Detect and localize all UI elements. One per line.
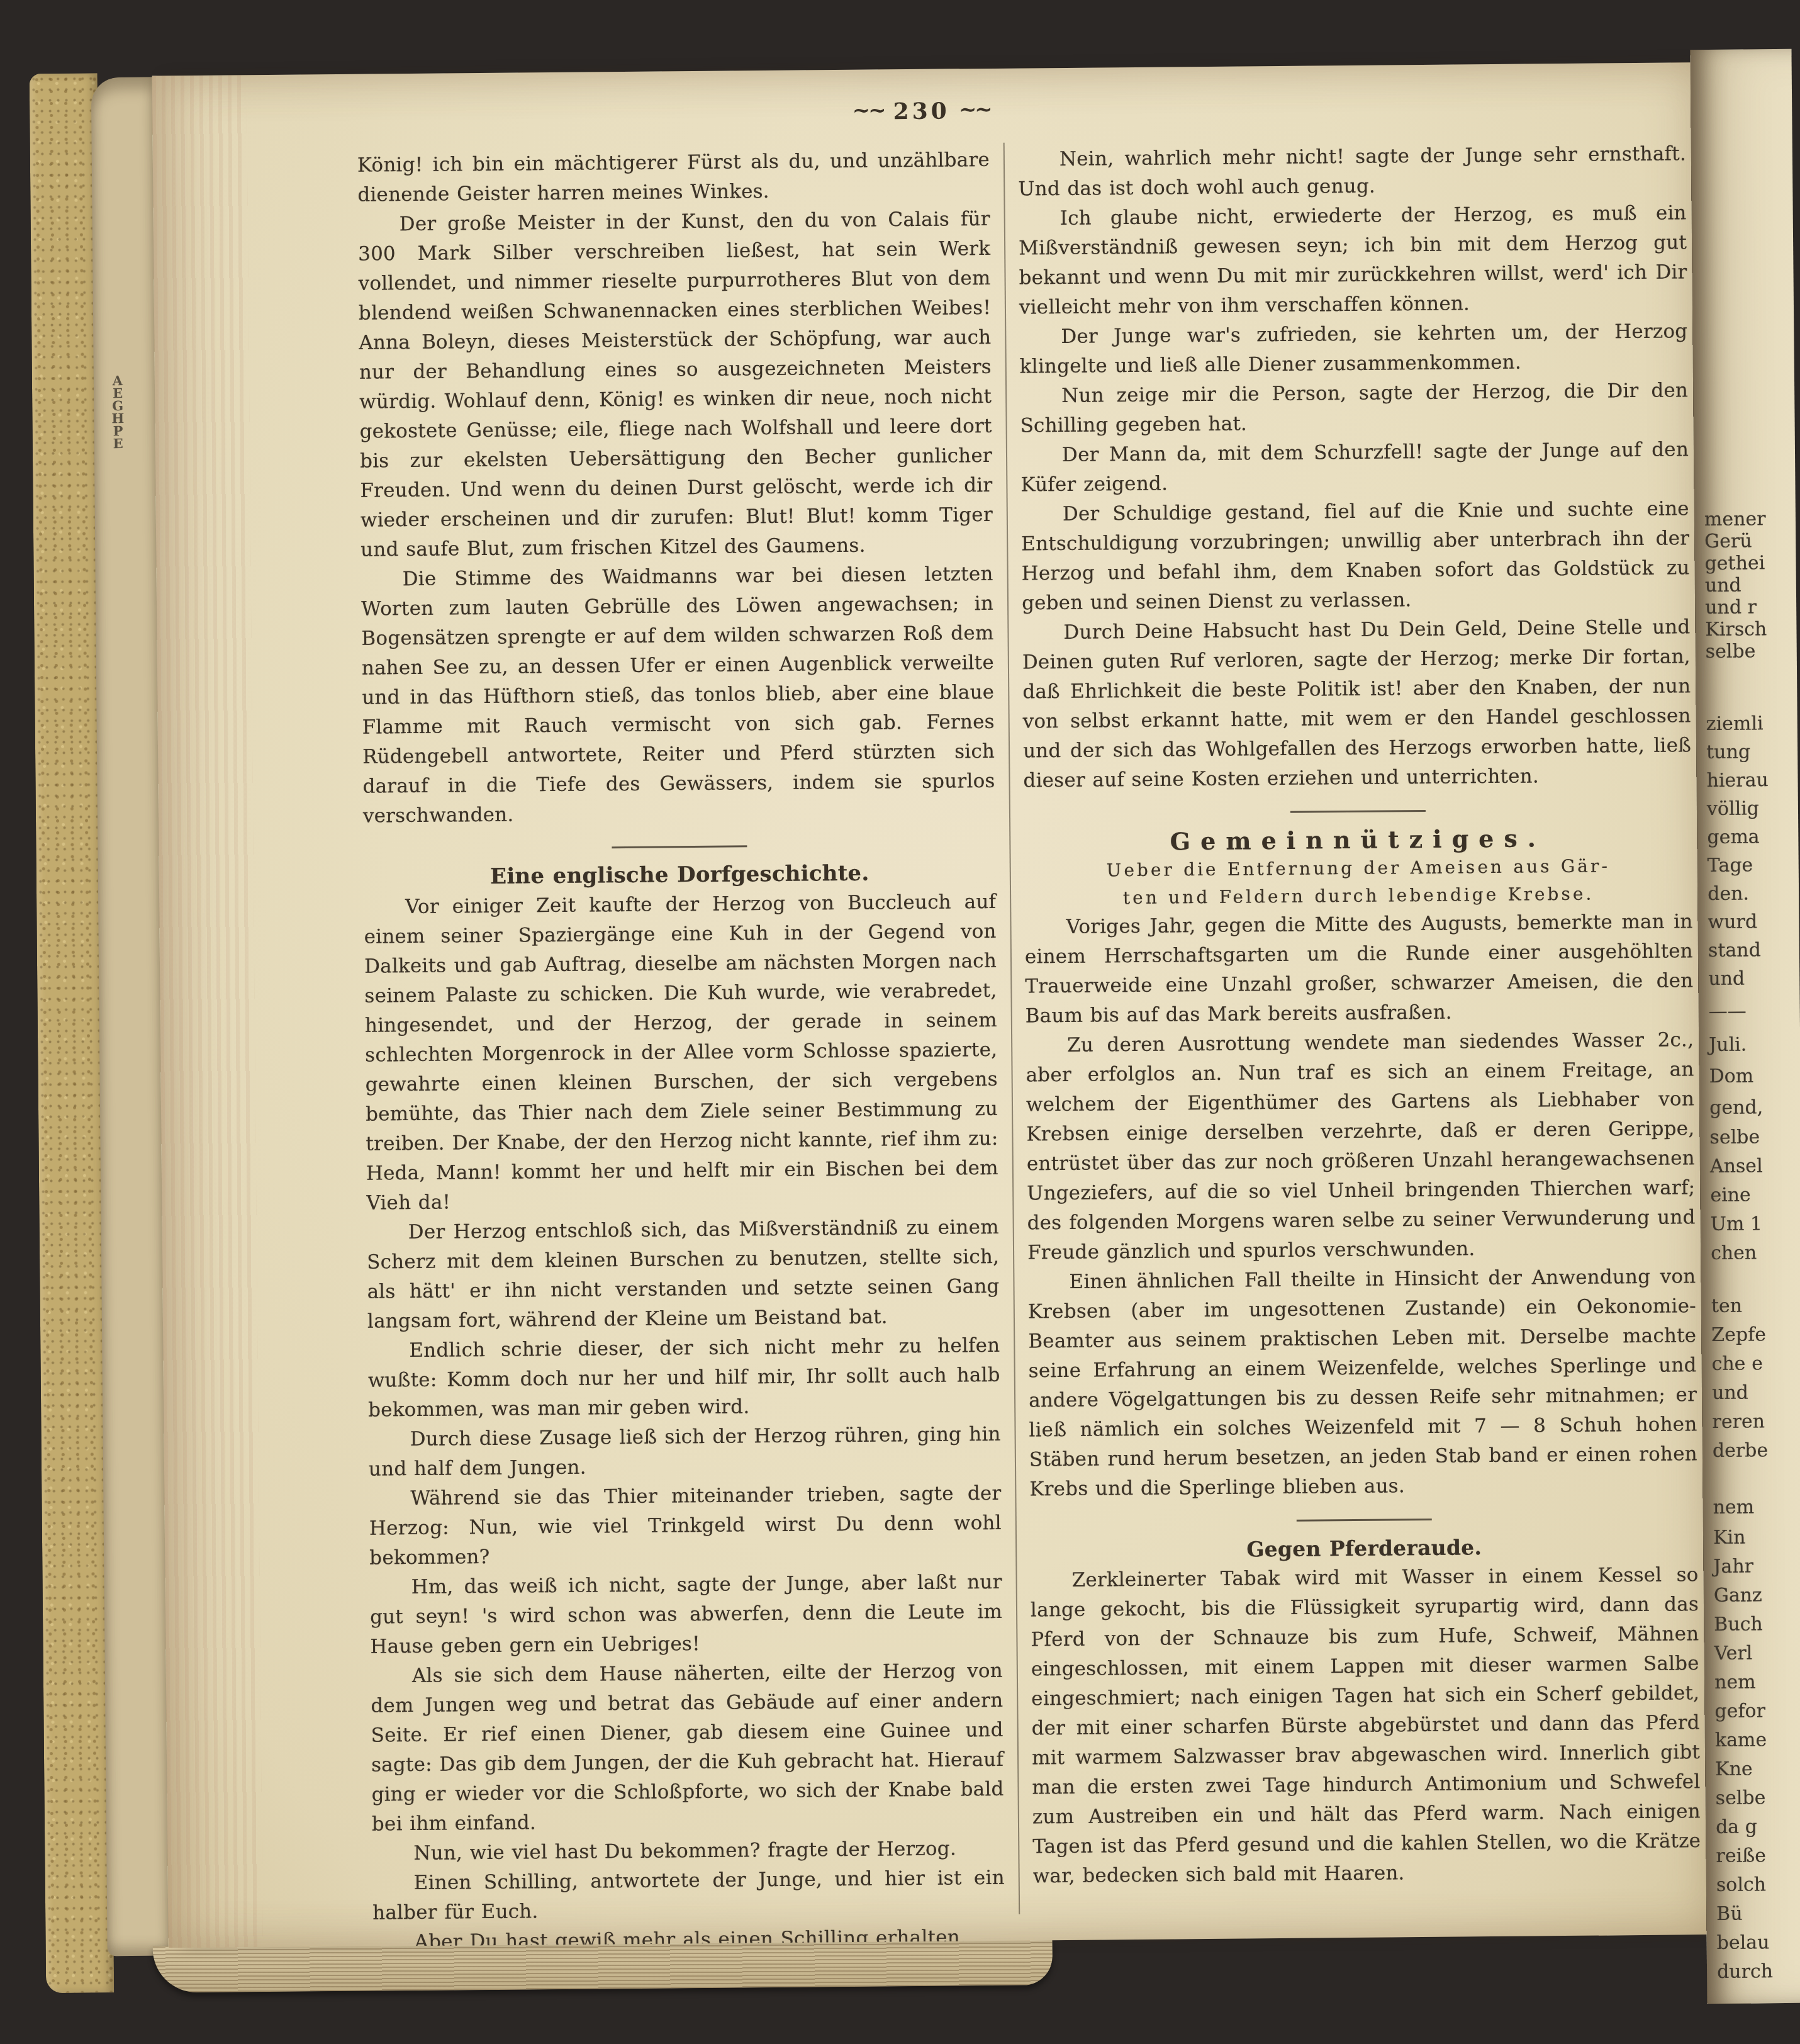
next-page-text-fragment: selbe [1709, 1126, 1800, 1148]
page-header: ~~230~~ [152, 91, 1691, 131]
section-divider [1296, 1519, 1431, 1522]
next-page-text-fragment: gema [1707, 826, 1800, 848]
paragraph: Durch Deine Habsucht hast Du Dein Geld, … [1022, 612, 1691, 795]
next-page-text-fragment: Juli. [1709, 1034, 1800, 1056]
next-page-text-fragment: selbe [1716, 1787, 1800, 1809]
scanned-page: ~~230~~ König! ich bin ein mächtigerer F… [152, 62, 1707, 1948]
next-page-text-fragment: eine [1710, 1184, 1800, 1206]
next-page-text-fragment: da g [1716, 1816, 1800, 1838]
next-page-text-fragment: Jahr [1713, 1556, 1800, 1578]
paragraph: Der Junge war's zufrieden, sie kehrten u… [1019, 317, 1688, 381]
next-page-text-fragment: solch [1716, 1874, 1800, 1896]
paragraph: Einen Schilling, antwortete der Junge, u… [372, 1863, 1005, 1928]
next-page-text-fragment: und r [1705, 597, 1799, 619]
next-page-text-fragment: selbe [1706, 641, 1800, 663]
paragraph: Der Schuldige gestand, fiel auf die Knie… [1021, 494, 1691, 618]
next-page-text-fragment: Um 1 [1711, 1213, 1800, 1235]
next-page-text-fragment: Kirsch [1705, 619, 1799, 641]
next-page-text-fragment: gethei [1704, 553, 1799, 575]
text-column-left: König! ich bin ein mächtigerer Fürst als… [357, 145, 1005, 1938]
next-page-text-fragment: nem [1713, 1496, 1800, 1519]
next-page-text-fragment: che e [1712, 1353, 1800, 1375]
next-page-text-fragment: kame [1715, 1729, 1800, 1751]
next-page-text-fragment: und [1712, 1382, 1800, 1404]
next-page-text-fragment: Zepfe [1711, 1324, 1800, 1346]
next-page-text-fragment: reiße [1716, 1845, 1800, 1867]
next-page-text-fragment: durch [1717, 1961, 1800, 1983]
next-page-text-fragment: derbe [1713, 1440, 1800, 1462]
open-book: AEGHPE ~~230~~ König! ich bin ein mächti… [30, 49, 1800, 2018]
text-column-right: Nein, wahrlich mehr nicht! sagte der Jun… [1018, 139, 1702, 1932]
paragraph: Durch diese Zusage ließ sich der Herzog … [368, 1420, 1001, 1485]
paragraph: Der große Meister in der Kunst, den du v… [358, 205, 993, 565]
next-page-text-fragment: tung [1706, 741, 1800, 763]
section-divider [612, 845, 747, 848]
next-page-text-fragment: hierau [1706, 770, 1800, 792]
paragraph: Einen ähnlichen Fall theilte in Hinsicht… [1027, 1262, 1697, 1504]
next-page-text-fragment: Ganz [1714, 1585, 1800, 1607]
next-page-text-fragment: nem [1714, 1671, 1800, 1693]
next-page-text-fragment: wurd [1708, 911, 1800, 933]
paragraph: Der Herzog entschloß sich, das Mißverstä… [367, 1213, 1000, 1337]
next-page-text-fragment: Dom [1709, 1065, 1800, 1087]
next-page-text-fragment: Kne [1715, 1758, 1800, 1780]
next-page-text-fragment: ziemli [1706, 713, 1800, 735]
next-page-text-fragment: chen [1711, 1242, 1800, 1264]
header-ornament-right: ~~ [950, 97, 1000, 123]
paragraph: Voriges Jahr, gegen die Mitte des August… [1024, 907, 1694, 1031]
next-page-text-fragment: mener [1704, 508, 1799, 531]
paragraph: Vor einiger Zeit kaufte der Herzog von B… [364, 887, 998, 1218]
header-ornament-left: ~~ [843, 98, 893, 123]
next-page-text-fragment: Gerü [1704, 531, 1799, 553]
next-page-text-fragment: völlig [1707, 798, 1800, 820]
next-page-text-fragment: gend, [1709, 1097, 1800, 1119]
next-page-sliver: menerGerügetheiundund rKirschselbeziemli… [1690, 49, 1800, 2004]
column-divider [1003, 143, 1020, 1914]
paragraph: Als sie sich dem Hause näherten, eilte d… [371, 1656, 1004, 1839]
paragraph: Während sie das Thier miteinander triebe… [369, 1479, 1002, 1573]
next-page-text-fragment: gefor [1714, 1700, 1800, 1722]
paragraph: Endlich schrie dieser, der sich nicht me… [367, 1331, 1000, 1425]
paragraph: Die Stimme des Waidmanns war bei diesen … [361, 559, 995, 831]
next-page-text-fragment: belau [1717, 1932, 1800, 1954]
section-divider [1290, 810, 1425, 813]
next-page-text-fragment: Tage [1708, 855, 1800, 877]
next-page-text-fragment: Ansel [1710, 1155, 1800, 1177]
next-page-text-fragment: den. [1708, 883, 1800, 905]
page-number: 230 [893, 98, 950, 125]
next-page-text-fragment: Kin [1713, 1527, 1800, 1549]
paragraph: Hm, das weiß ich nicht, sagte der Junge,… [369, 1568, 1002, 1662]
next-page-text-fragment: Buch [1714, 1614, 1800, 1636]
next-page-text-fragment: stand [1708, 940, 1800, 962]
next-page-text-fragment: und [1708, 968, 1800, 990]
book-scan-screenshot: AEGHPE ~~230~~ König! ich bin ein mächti… [0, 0, 1800, 2044]
paragraph: Der Mann da, mit dem Schurzfell! sagte d… [1020, 435, 1689, 500]
fore-edge-mark: AEGHPE [105, 374, 131, 450]
gutter-shadow-streaks [152, 75, 263, 1948]
paragraph: Nein, wahrlich mehr nicht! sagte der Jun… [1018, 139, 1687, 204]
next-page-text-fragment: ten [1711, 1295, 1800, 1317]
fore-edge-letter: E [113, 437, 123, 450]
next-page-text-fragment: —— [1709, 1001, 1800, 1023]
paragraph: Zu deren Ausrottung wendete man siedende… [1026, 1025, 1696, 1267]
next-page-text-fragment: und [1705, 575, 1799, 597]
paragraph: König! ich bin ein mächtigerer Fürst als… [357, 145, 990, 210]
next-page-text-fragment: Verl [1714, 1642, 1800, 1665]
paragraph: Zerkleinerter Tabak wird mit Wasser in e… [1030, 1560, 1701, 1891]
paragraph: Nun zeige mir die Person, sagte der Herz… [1020, 376, 1689, 441]
paragraph: Ich glaube nicht, erwiederte der Herzog,… [1019, 198, 1688, 322]
next-page-text-fragment: reren [1712, 1411, 1800, 1433]
next-page-text-fragment: Bü [1716, 1903, 1800, 1925]
